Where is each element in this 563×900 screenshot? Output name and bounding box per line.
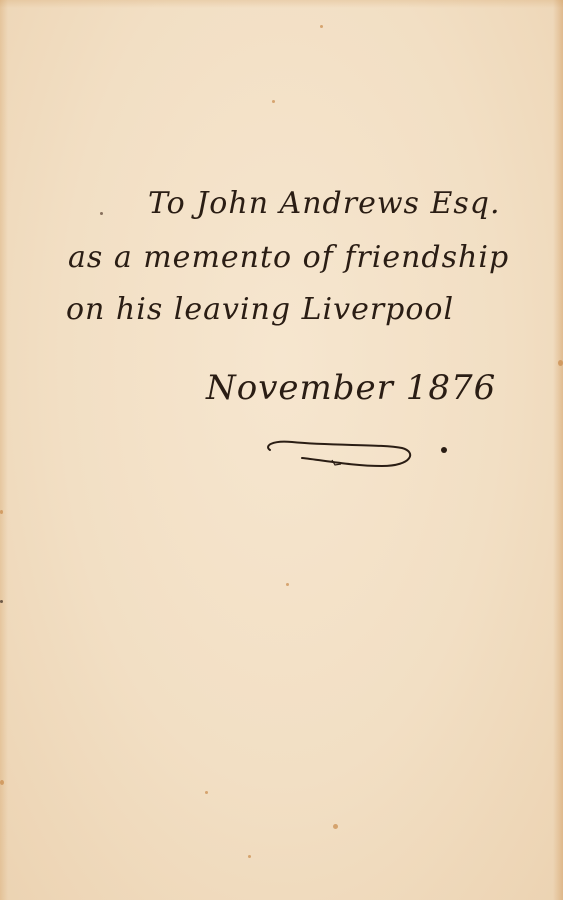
inscription-line-memento: as a memento of friendship [68, 240, 509, 275]
flourish-underline-icon [262, 436, 462, 476]
foxing-spot [0, 510, 3, 514]
foxing-spot [0, 780, 4, 785]
foxing-spot [320, 25, 323, 28]
foxing-spot [333, 824, 338, 829]
page-edge-right [553, 0, 563, 900]
inscription-line-recipient: To John Andrews Esq. [148, 186, 500, 221]
foxing-spot [248, 855, 251, 858]
ink-dot [100, 212, 103, 215]
inscription-line-date: November 1876 [206, 368, 496, 408]
page-edge-left [0, 0, 8, 900]
page-edge-top [0, 0, 563, 8]
foxing-spot [558, 360, 563, 366]
foxing-spot [205, 791, 208, 794]
inscription-page: To John Andrews Esq. as a memento of fri… [0, 0, 563, 900]
inscription-line-occasion: on his leaving Liverpool [66, 292, 454, 327]
foxing-spot [272, 100, 275, 103]
ink-dot [0, 600, 3, 603]
foxing-spot [286, 583, 289, 586]
